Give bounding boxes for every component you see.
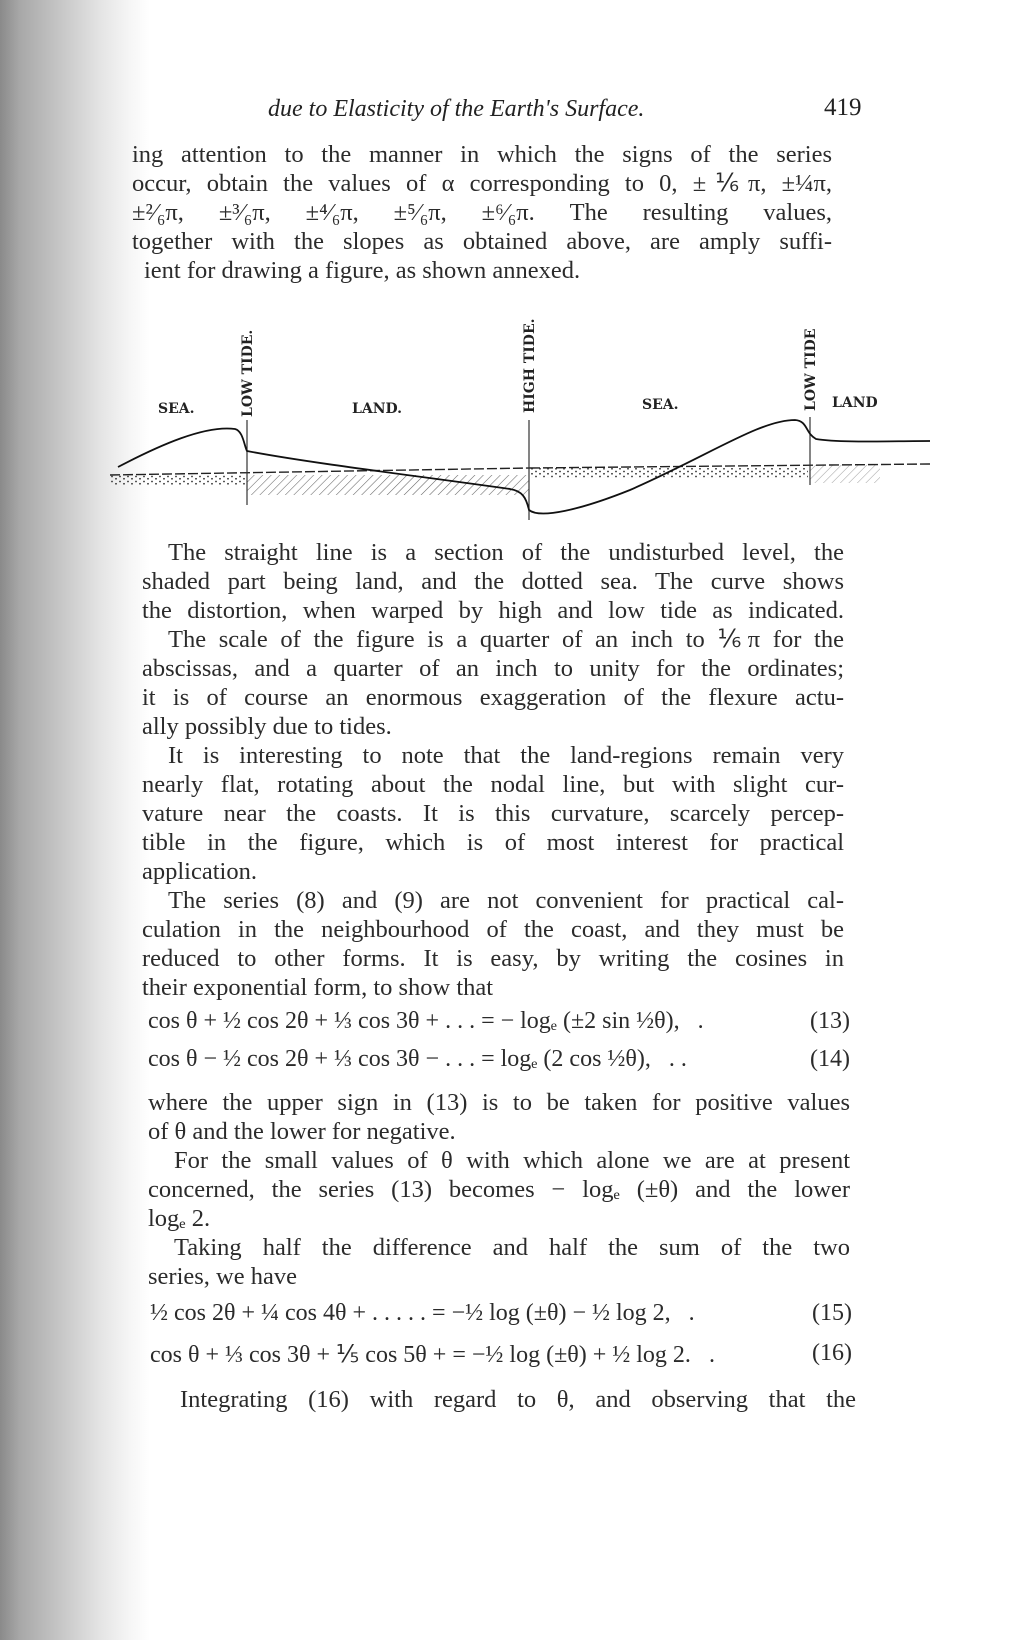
equation-14: cos θ − ½ cos 2θ + ⅓ cos 3θ − . . . = lo… (148, 1046, 850, 1073)
label-low-tide-left: LOW TIDE. (240, 330, 256, 417)
text-line: ient for drawing a figure, as shown anne… (132, 256, 832, 285)
tide-flexure-figure: SEA. LOW TIDE. LAND. HIGH TIDE. SEA. LOW… (110, 305, 930, 545)
text-line: together with the slopes as obtained abo… (132, 227, 832, 256)
equation-dots: . (689, 1300, 695, 1326)
distortion-curve (118, 420, 930, 513)
equation-body: cos θ + ½ cos 2θ + ⅓ cos 3θ + . . . = − … (148, 1008, 680, 1034)
text-line: concerned, the series (13) becomes − log… (148, 1175, 850, 1204)
text-line: ing attention to the manner in which the… (132, 140, 832, 169)
page-number: 419 (824, 94, 862, 122)
equation-dots: . (698, 1008, 704, 1034)
text-line: where the upper sign in (13) is to be ta… (148, 1088, 850, 1117)
text-line: ±²⁄₆π, ±³⁄₆π, ±⁴⁄₆π, ±⁵⁄₆π, ±⁶⁄₆π. The r… (132, 198, 832, 227)
text-line: occur, obtain the values of α correspond… (132, 169, 832, 198)
text-line: The series (8) and (9) are not convenien… (142, 886, 844, 915)
paragraph-integrating: Integrating (16) with regard to θ, and o… (180, 1385, 856, 1414)
text-line: nearly flat, rotating about the nodal li… (142, 770, 844, 799)
equation-15: ½ cos 2θ + ¼ cos 4θ + . . . . . = −½ log… (150, 1300, 852, 1327)
label-sea-left: SEA. (158, 401, 195, 417)
paragraph-sign-note: where the upper sign in (13) is to be ta… (148, 1088, 850, 1291)
paragraph-figure-explanation: The straight line is a section of the un… (142, 538, 844, 1002)
text-line: culation in the neighbourhood of the coa… (142, 915, 844, 944)
equation-number: (15) (812, 1300, 852, 1327)
label-low-tide-right: LOW TIDE (803, 329, 819, 411)
equation-body: cos θ − ½ cos 2θ + ⅓ cos 3θ − . . . = lo… (148, 1046, 651, 1072)
equation-body: ½ cos 2θ + ¼ cos 4θ + . . . . . = −½ log… (150, 1300, 671, 1326)
text-line: The scale of the figure is a quarter of … (142, 625, 844, 654)
text-line: logₑ 2. (148, 1204, 850, 1233)
text-line: ally possibly due to tides. (142, 712, 844, 741)
equation-number: (16) (812, 1340, 852, 1367)
equation-number: (14) (810, 1046, 850, 1073)
text-line: of θ and the lower for negative. (148, 1117, 850, 1146)
land-region-right (810, 465, 880, 483)
undisturbed-level-line (110, 468, 530, 475)
text-line: Taking half the difference and half the … (148, 1233, 850, 1262)
book-page: due to Elasticity of the Earth's Surface… (0, 0, 1015, 1640)
label-land-middle: LAND. (352, 401, 402, 417)
text-line: it is of course an enormous exaggeration… (142, 683, 844, 712)
label-high-tide: HIGH TIDE. (522, 319, 538, 414)
text-line: For the small values of θ with which alo… (148, 1146, 850, 1175)
text-line: the distortion, when warped by high and … (142, 596, 844, 625)
sea-region-right (530, 468, 808, 478)
equation-13: cos θ + ½ cos 2θ + ⅓ cos 3θ + . . . = − … (148, 1008, 850, 1035)
text-line: The straight line is a section of the un… (142, 538, 844, 567)
text-line: reduced to other forms. It is easy, by w… (142, 944, 844, 973)
intro-paragraph: ing attention to the manner in which the… (132, 140, 832, 285)
running-title: due to Elasticity of the Earth's Surface… (268, 96, 644, 123)
text-line: their exponential form, to show that (142, 973, 844, 1002)
text-line: vature near the coasts. It is this curva… (142, 799, 844, 828)
text-line: shaded part being land, and the dotted s… (142, 567, 844, 596)
label-land-right: LAND (832, 395, 878, 411)
equation-dots: . . (669, 1046, 687, 1072)
label-sea-right: SEA. (642, 397, 679, 413)
text-line: It is interesting to note that the land-… (142, 741, 844, 770)
equation-body: cos θ + ⅓ cos 3θ + ⅕ cos 5θ + = −½ log (… (150, 1342, 691, 1368)
sea-region-left (110, 475, 245, 485)
equation-number: (13) (810, 1008, 850, 1035)
text-line: series, we have (148, 1262, 850, 1291)
text-line: Integrating (16) with regard to θ, and o… (180, 1385, 856, 1414)
equation-dots: . (709, 1342, 715, 1368)
text-line: abscissas, and a quarter of an inch to u… (142, 654, 844, 683)
text-line: application. (142, 857, 844, 886)
equation-16: cos θ + ⅓ cos 3θ + ⅕ cos 5θ + = −½ log (… (150, 1340, 852, 1369)
text-line: tible in the figure, which is of most in… (142, 828, 844, 857)
